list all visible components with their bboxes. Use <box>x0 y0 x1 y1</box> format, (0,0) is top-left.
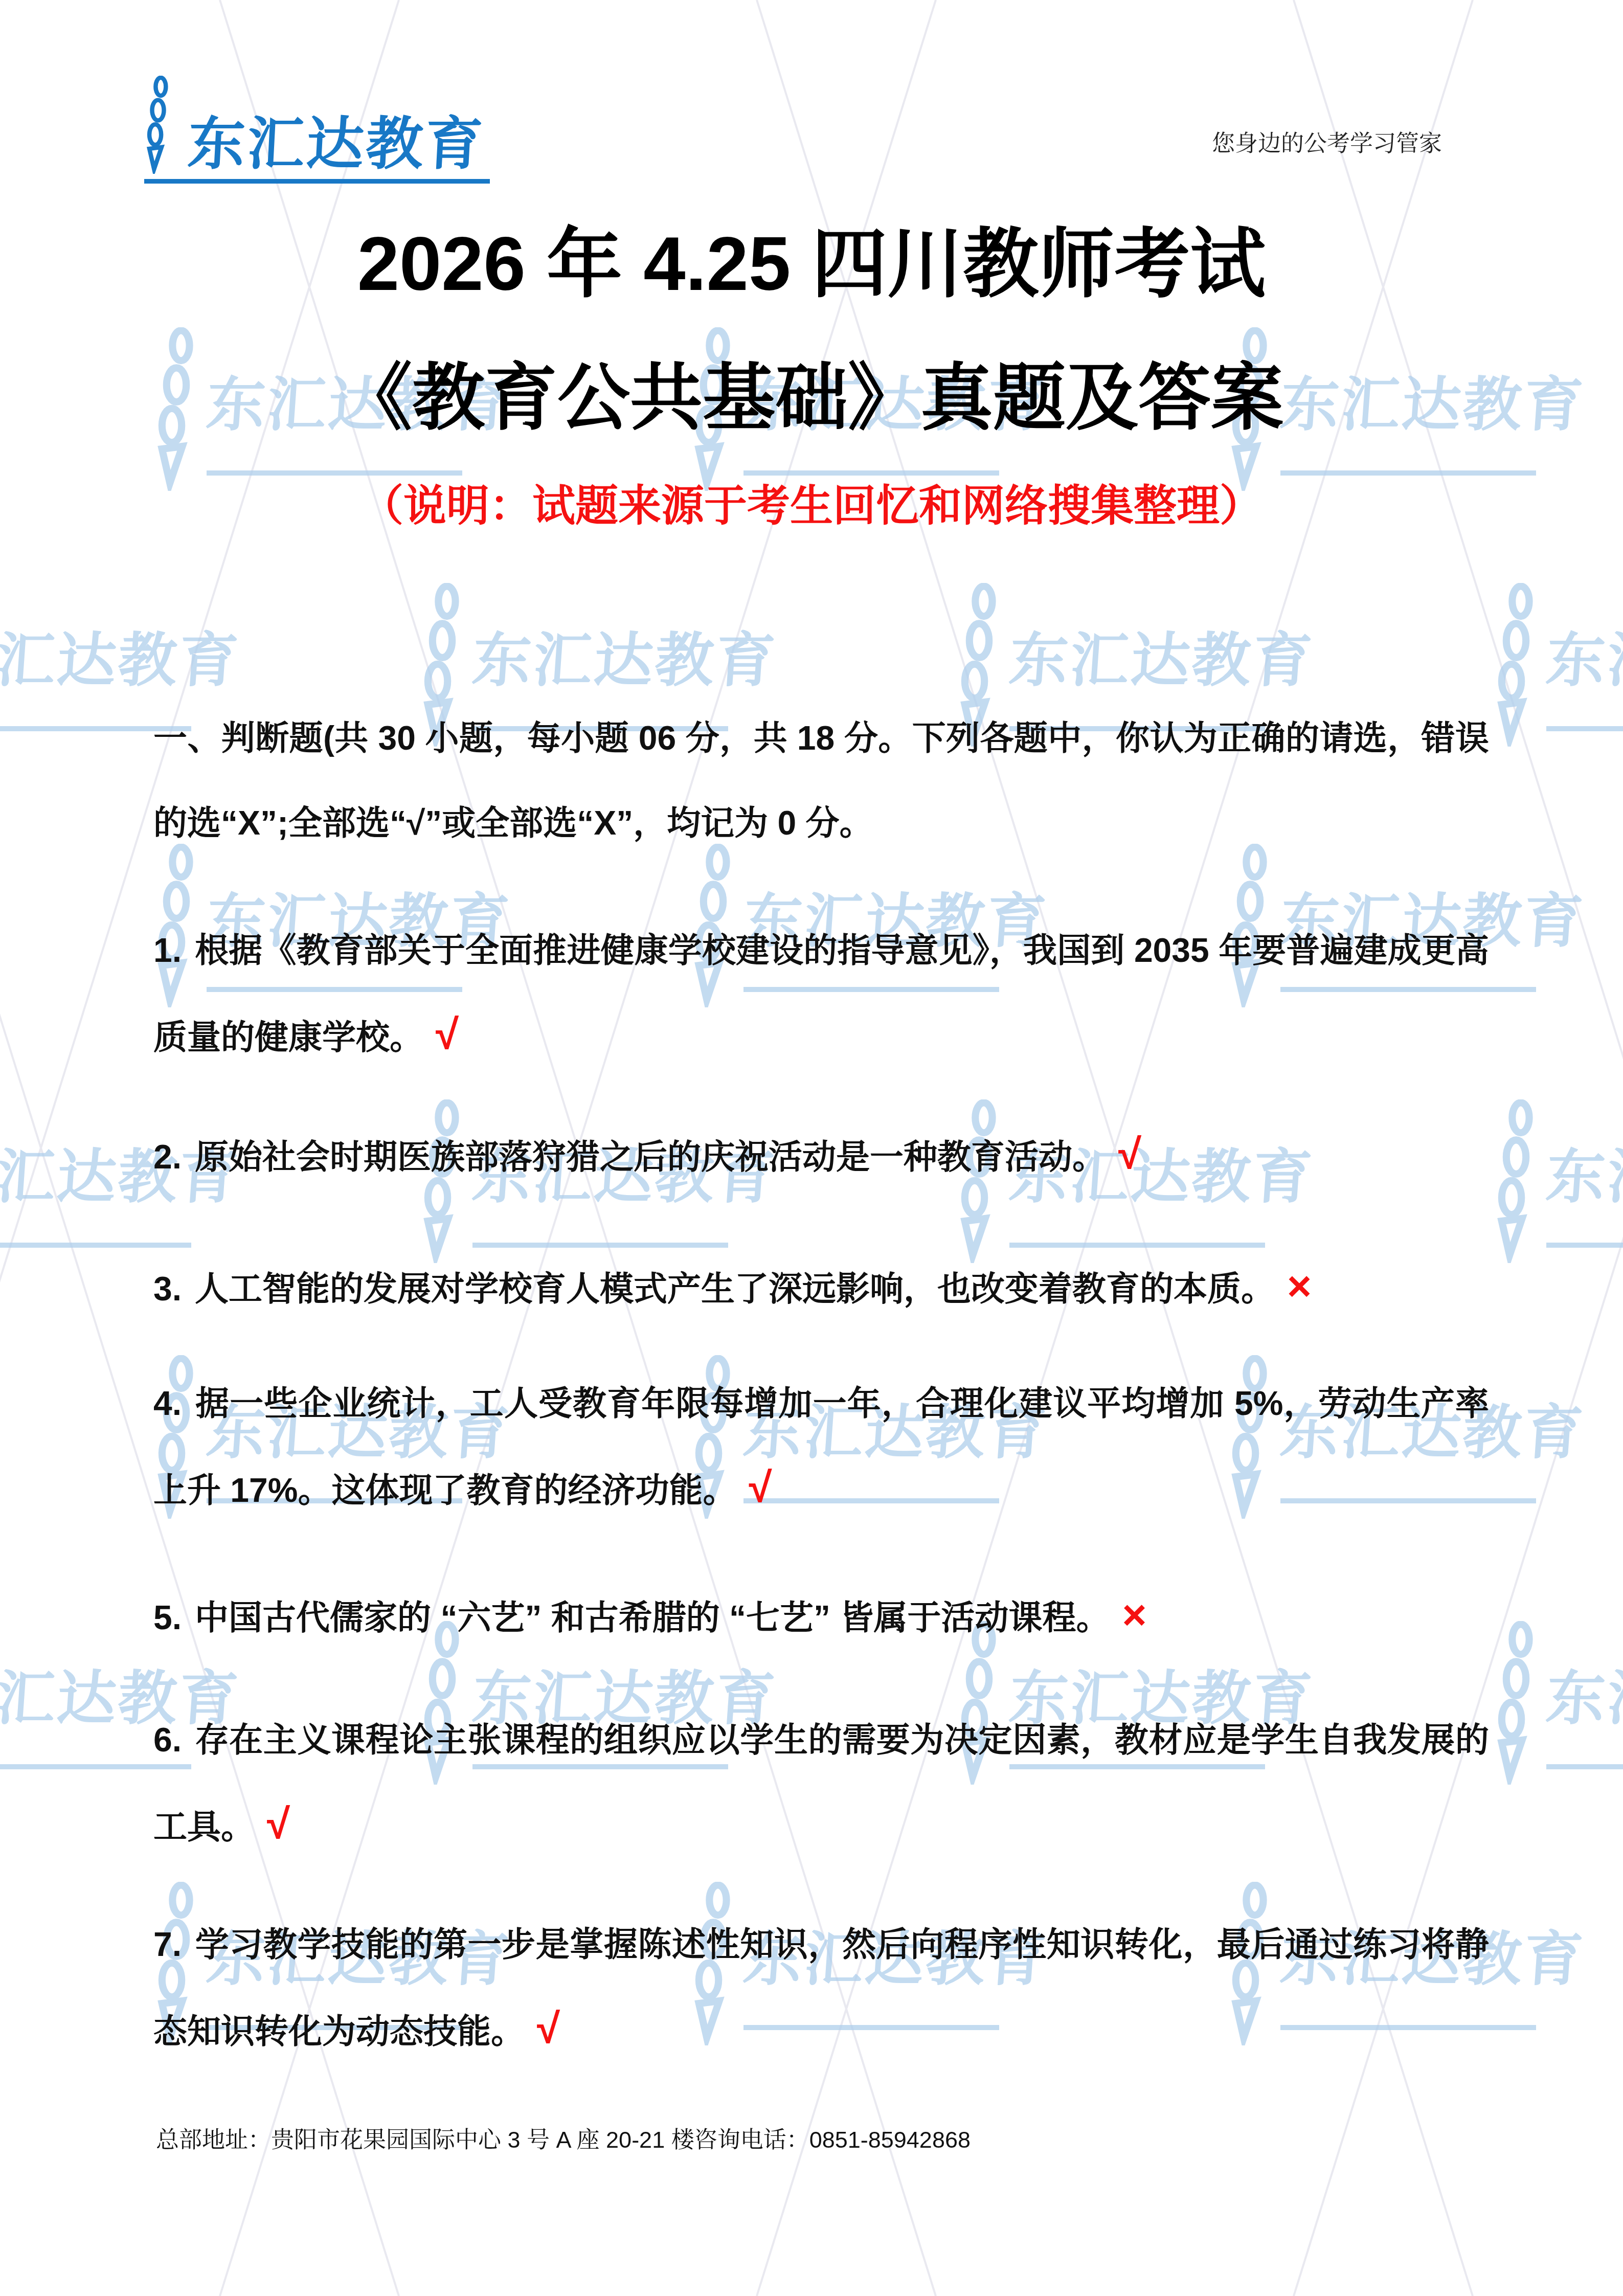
question-text: 中国古代儒家的 “六艺” 和古希腊的 “七艺” 皆属于活动课程。 <box>195 1599 1110 1636</box>
question-text: 根据《教育部关于全面推进健康学校建设的指导意见》，我国到 2035 年要普遍建成… <box>153 931 1489 1056</box>
question-number: 4. <box>153 1384 182 1422</box>
watermark-body: 东汇达教育 <box>1546 1670 1623 1769</box>
document-page: 东汇达教育东汇达教育东汇达教育东汇达教育东汇达教育东汇达教育东汇达教育东汇达教育… <box>0 0 1623 2296</box>
watermark-body: 东汇达教育 <box>1546 632 1623 731</box>
question-5: 5.中国古代儒家的 “六艺” 和古希腊的 “七艺” 皆属于活动课程。× <box>153 1573 1489 1660</box>
watermark-body: 东汇达教育 <box>1546 1148 1623 1248</box>
question-3: 3.人工智能的发展对学校育人模式产生了深远影响，也改变着教育的本质。× <box>153 1244 1489 1331</box>
watermark-text: 东汇达教育 <box>0 632 242 690</box>
watermark-tile: 东汇达教育 <box>1493 583 1623 747</box>
watermark-text: 东汇达教育 <box>470 632 779 690</box>
source-note: （说明：试题来源于考生回忆和网络搜集整理） <box>0 471 1623 533</box>
watermark-text: 东汇达教育 <box>1544 632 1623 690</box>
question-number: 2. <box>153 1138 182 1176</box>
watermark-underline <box>1546 726 1623 731</box>
question-number: 3. <box>153 1270 182 1308</box>
watermark-tile: 东汇达教育 <box>1493 1099 1623 1263</box>
question-7: 7.学习教学技能的第一步是掌握陈述性知识，然后向程序性知识转化，最后通过练习将静… <box>153 1902 1489 2074</box>
question-4: 4.据一些企业统计，工人受教育年限每增加一年，合理化建议平均增加 5%，劳动生产… <box>153 1361 1489 1533</box>
answer-mark: × <box>1122 1592 1146 1638</box>
watermark-underline <box>1546 1243 1623 1248</box>
question-number: 6. <box>153 1721 182 1759</box>
watermark-tile: 东汇达教育 <box>1493 1621 1623 1785</box>
answer-mark: √ <box>267 1801 290 1848</box>
watermark-text: 东汇达教育 <box>1007 632 1316 690</box>
question-text: 学习教学技能的第一步是掌握陈述性知识，然后向程序性知识转化，最后通过练习将静态知… <box>153 1925 1489 2050</box>
pen-icon <box>1493 1621 1539 1785</box>
question-text: 存在主义课程论主张课程的组织应以学生的需要为决定因素，教材应是学生自我发展的工具… <box>153 1721 1489 1845</box>
question-text: 据一些企业统计，工人受教育年限每增加一年，合理化建议平均增加 5%，劳动生产率上… <box>153 1384 1489 1509</box>
watermark-text: 东汇达教育 <box>1544 1670 1623 1728</box>
question-number: 1. <box>153 931 182 969</box>
watermark-underline <box>1546 1764 1623 1769</box>
document-title-line2: 《教育公共基础》真题及答案 <box>0 340 1623 444</box>
answer-mark: √ <box>749 1465 772 1511</box>
question-text: 人工智能的发展对学校育人模式产生了深远影响，也改变着教育的本质。 <box>195 1270 1275 1308</box>
question-number: 7. <box>153 1925 182 1963</box>
answer-mark: √ <box>537 2006 560 2052</box>
answer-mark: × <box>1287 1263 1312 1310</box>
question-number: 5. <box>153 1599 182 1636</box>
pen-icon <box>1493 1099 1539 1263</box>
brand-logo-text: 东汇达教育 <box>186 98 487 181</box>
pen-icon <box>1493 583 1539 747</box>
question-6: 6.存在主义课程论主张课程的组织应以学生的需要为决定因素，教材应是学生自我发展的… <box>153 1697 1489 1869</box>
answer-mark: √ <box>436 1011 459 1058</box>
answer-mark: √ <box>1118 1131 1141 1178</box>
pen-icon <box>137 76 179 174</box>
question-1: 1.根据《教育部关于全面推进健康学校建设的指导意见》，我国到 2035 年要普遍… <box>153 908 1489 1079</box>
header-slogan: 您身边的公考学习管家 <box>1212 125 1442 158</box>
brand-logo-underline <box>144 179 490 184</box>
question-2: 2.原始社会时期医族部落狩猎之后的庆祝活动是一种教育活动。√ <box>153 1112 1489 1199</box>
watermark-text: 东汇达教育 <box>1544 1148 1623 1207</box>
question-text: 原始社会时期医族部落狩猎之后的庆祝活动是一种教育活动。 <box>195 1138 1106 1176</box>
section-intro: 一、判断题(共 30 小题，每小题 06 分，共 18 分。下列各题中，你认为正… <box>153 695 1489 865</box>
footer-contact: 总部地址：贵阳市花果园国际中心 3 号 A 座 20-21 楼咨询电话：0851… <box>156 2121 971 2154</box>
brand-logo: 东汇达教育 <box>137 76 485 181</box>
document-title-line1: 2026 年 4.25 四川教师考试 <box>0 204 1623 312</box>
